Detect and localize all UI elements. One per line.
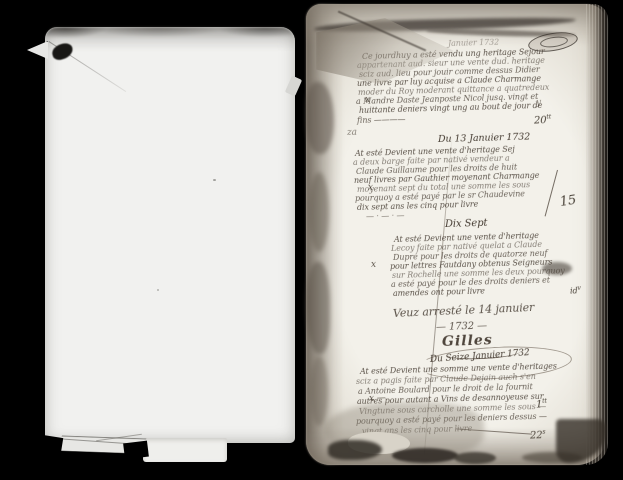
amount-15: 15 [559, 194, 577, 209]
closing-veu-line: Veuz arresté le 14 januier [393, 302, 535, 319]
torn-edge [35, 434, 63, 456]
left-page [45, 27, 295, 443]
left-page-edge-tab [27, 41, 48, 59]
margin-squiggle: y [536, 99, 541, 108]
left-page-top-smudge [45, 27, 295, 51]
manuscript-line: — · — · — [366, 212, 405, 221]
stain [309, 172, 329, 252]
stain [306, 262, 330, 354]
manuscript-line: fins ———— [357, 116, 406, 125]
flourish-slash [545, 170, 559, 217]
margin-x-mark: x [365, 96, 370, 105]
paper-speckle [157, 289, 159, 291]
right-page: Januier 1732 Ce jourdhuy a esté vendu un… [306, 4, 608, 465]
margin-scribble-mark: za [347, 129, 357, 138]
manuscript-line: dix sept ans les cinq pour livre [357, 201, 478, 212]
torn-edge [123, 441, 149, 460]
margin-x-mark: x [368, 184, 373, 193]
manuscript-line: amendes ont pour livre [393, 287, 485, 298]
closing-year: — 1732 — [436, 322, 487, 333]
margin-x-mark: x [371, 261, 376, 270]
amount-20-livres: 20tt [534, 115, 551, 127]
dark-damage-blob [454, 452, 496, 464]
paper-speckle [213, 179, 216, 181]
left-page-bottom-tab [143, 438, 227, 462]
entry-heading: Du 13 Januier 1732 [438, 132, 530, 144]
amount-1-livre: 1tt [536, 399, 547, 411]
page-edge-striations [586, 4, 608, 465]
dark-damage-blob [392, 448, 458, 463]
signature: Gilles [442, 333, 493, 349]
amount-idem: idv [570, 286, 581, 296]
entry-heading: Dix Sept [445, 219, 488, 230]
book-scan: Januier 1732 Ce jourdhuy a esté vendu un… [0, 0, 623, 480]
stain [310, 356, 328, 426]
